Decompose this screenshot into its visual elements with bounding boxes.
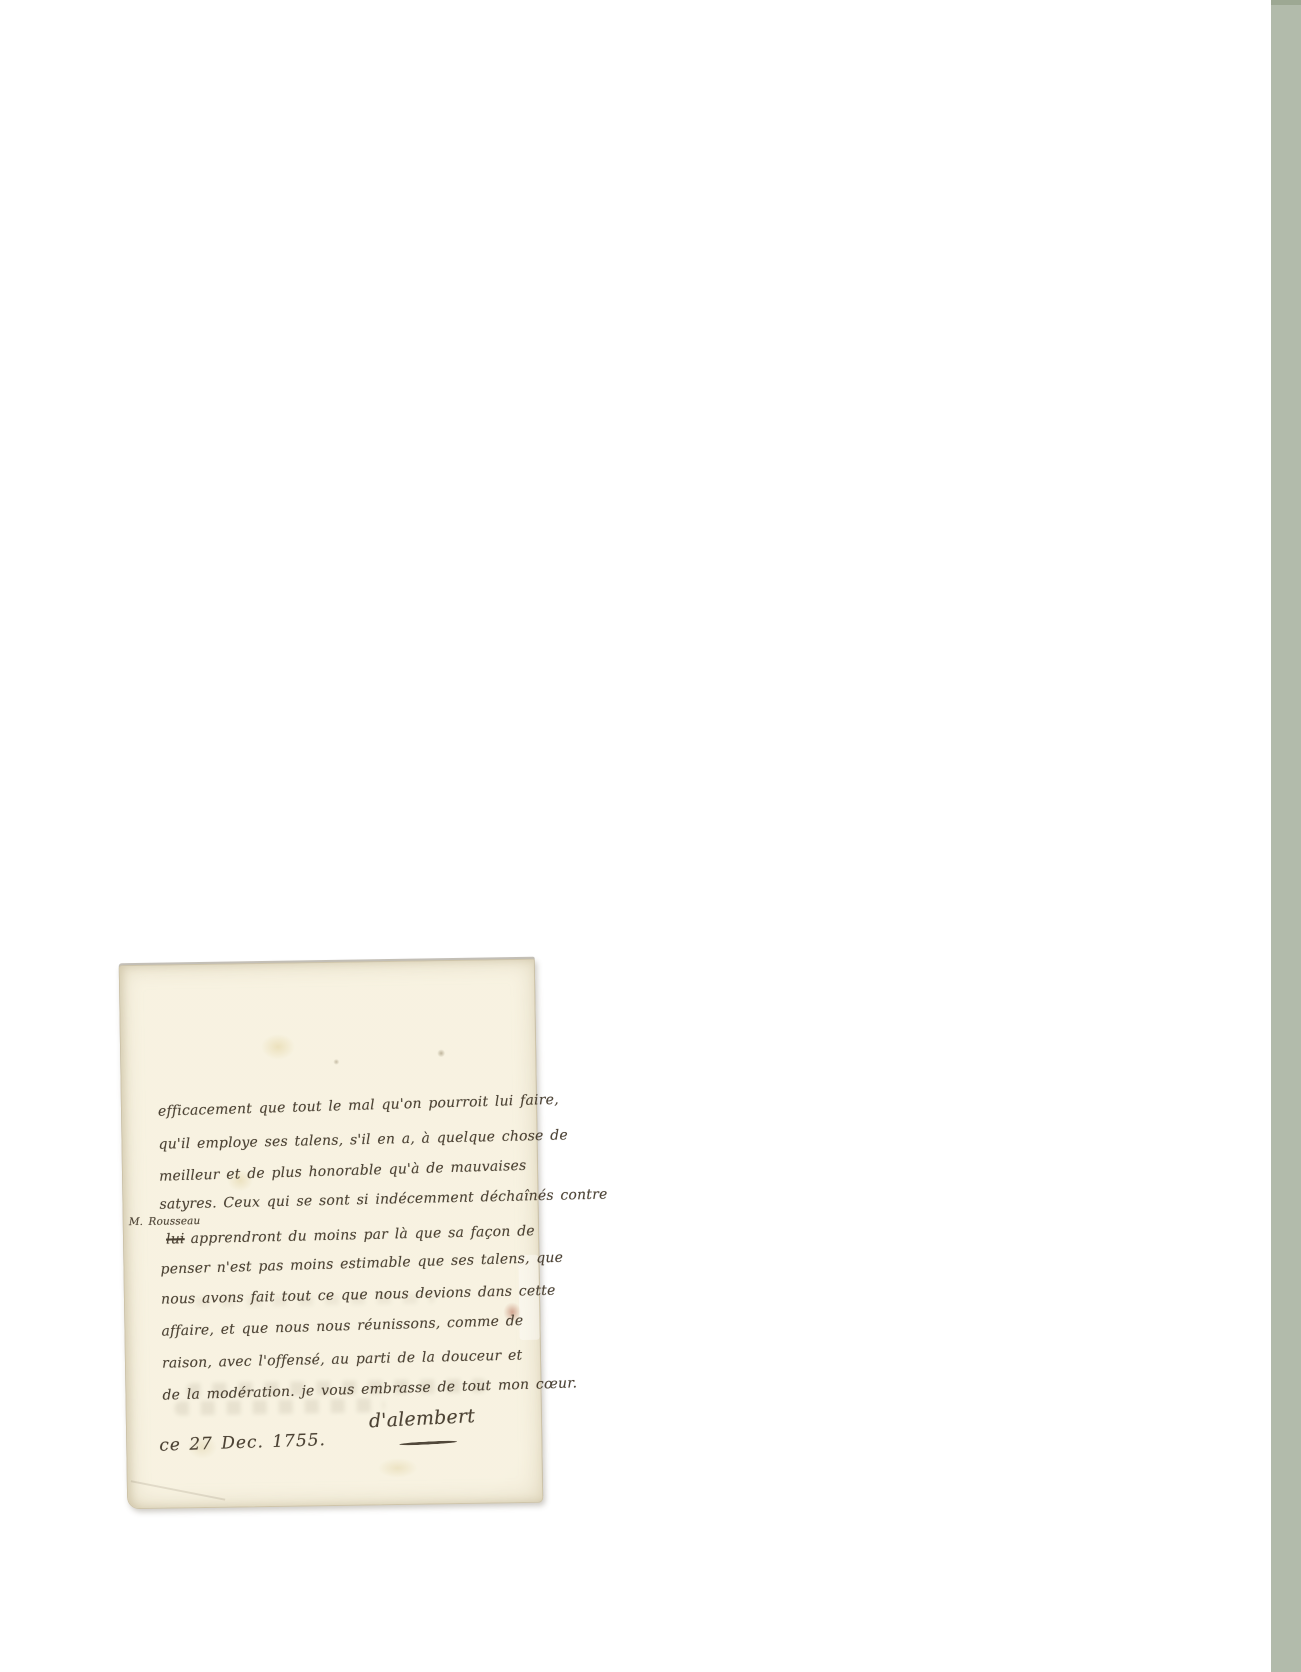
manuscript-line: de la modération. je vous embrasse de to… xyxy=(162,1375,577,1403)
right-accent-bar-top-edge xyxy=(1271,0,1301,5)
foxing-spot xyxy=(378,1458,418,1479)
dateline: ce 27 Dec. 1755. xyxy=(159,1430,326,1456)
marginal-insertion: M. Rousseau xyxy=(129,1215,201,1228)
manuscript-line: qu'il employe ses talens, s'il en a, à q… xyxy=(158,1127,568,1152)
manuscript-line: satyres. Ceux qui se sont si indécemment… xyxy=(159,1187,607,1213)
catalog-page: efficacement que tout le mal qu'on pourr… xyxy=(0,0,1301,1672)
foxing-spot xyxy=(333,1059,339,1065)
manuscript-line: penser n'est pas moins estimable que ses… xyxy=(160,1250,563,1278)
paper-fold-crease xyxy=(131,1480,226,1500)
signature-flourish xyxy=(399,1440,457,1446)
struck-word: lui xyxy=(166,1231,185,1247)
signature: d'alembert xyxy=(368,1405,475,1432)
foxing-spot xyxy=(437,1049,445,1057)
foxing-spot xyxy=(261,1034,295,1061)
right-accent-bar xyxy=(1271,0,1301,1672)
manuscript-line: raison, avec l'offensé, au parti de la d… xyxy=(162,1347,523,1371)
manuscript-line: nous avons fait tout ce que nous devions… xyxy=(161,1283,556,1308)
manuscript-scan: efficacement que tout le mal qu'on pourr… xyxy=(119,959,543,1509)
manuscript-line: luiapprendront du moins par là que sa fa… xyxy=(166,1223,535,1247)
manuscript-line-text: apprendront du moins par là que sa façon… xyxy=(190,1223,535,1247)
manuscript-line: meilleur et de plus honorable qu'à de ma… xyxy=(159,1158,527,1185)
manuscript-line: affaire, et que nous nous réunissons, co… xyxy=(161,1313,523,1340)
manuscript-line: efficacement que tout le mal qu'on pourr… xyxy=(158,1092,559,1120)
